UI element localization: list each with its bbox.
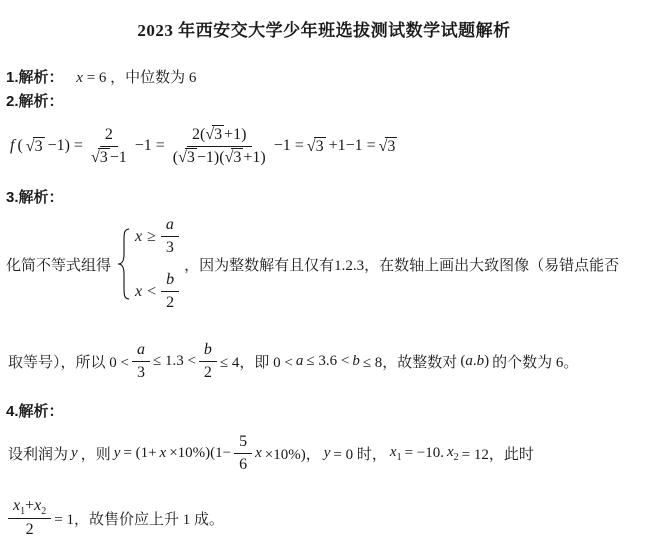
math-token: −1)( <box>197 149 225 166</box>
radical-sign: √ <box>91 149 98 166</box>
fraction: 2(√3+1) (√3−1)(√3+1) <box>168 125 271 168</box>
math-var-x: x <box>76 70 83 86</box>
text-segment: 取等号），所以 0 < <box>8 351 129 372</box>
fraction-denominator: √3−1 <box>86 147 132 168</box>
math-var-x: x <box>135 228 142 246</box>
math-var-x: x <box>447 444 454 460</box>
math-var-x: x <box>255 445 262 462</box>
radical-sign: √ <box>307 138 314 155</box>
fraction-numerator: 2 <box>100 125 118 147</box>
solution-1-line: 1.解析： x = 6 ，中位数为 6 <box>6 66 196 87</box>
radical-sign: √ <box>225 149 232 166</box>
math-token: −1) = <box>48 137 83 155</box>
paren: ) <box>484 353 489 369</box>
system-row-2: x < b2 <box>135 270 179 313</box>
math-var-y: y <box>324 445 331 462</box>
fraction: x1+x2 2 <box>8 496 51 540</box>
radicand: 3 <box>385 137 397 156</box>
radicand: 3 <box>33 137 45 156</box>
fraction-denominator: 6 <box>234 454 252 475</box>
math-token: ×10%)(1− <box>169 445 231 462</box>
radical: √3 <box>26 137 45 156</box>
fraction-denominator: 2 <box>21 519 39 540</box>
math-var-y: y <box>114 445 121 462</box>
fraction-numerator: a <box>161 215 179 237</box>
radical-sign: √ <box>205 126 212 143</box>
math-var-b: b <box>352 353 360 370</box>
left-brace <box>116 216 132 312</box>
fraction: b2 <box>199 340 217 383</box>
math-function-f: f <box>10 137 14 155</box>
radicand: 3 <box>212 125 224 144</box>
radical: √3 <box>205 125 224 145</box>
text-segment: 设利润为 <box>8 443 68 464</box>
system-row-1: x ≥ a3 <box>135 215 179 258</box>
lt-operator: < <box>147 283 156 301</box>
fraction-denominator: (√3−1)(√3+1) <box>168 147 271 168</box>
math-token: +1) <box>243 149 265 166</box>
fraction-numerator: a <box>132 340 150 362</box>
math-token: = 0 时， <box>333 443 386 464</box>
math-token: ≤ 4，即 0 < <box>220 351 293 372</box>
fraction-numerator: 5 <box>234 432 252 454</box>
fraction-numerator: b <box>161 270 179 292</box>
math-var-y: y <box>71 445 78 462</box>
solution-1-text: ，中位数为 6 <box>110 70 196 86</box>
math-var-x2: x2 <box>447 444 459 463</box>
pair-ab: (a.b) <box>460 353 489 370</box>
doc-title: 2023 年西安交大学少年班选拔测试数学试题解析 <box>0 16 648 41</box>
fraction: a3 <box>132 340 150 383</box>
radicand: 3 <box>185 148 197 167</box>
fraction: 56 <box>234 432 252 475</box>
math-var-x: x <box>135 283 142 301</box>
fraction-numerator: 2(√3+1) <box>187 125 251 147</box>
inequality-system: x ≥ a3 x < b2 <box>116 215 179 313</box>
fraction-denominator: 2 <box>161 292 179 313</box>
fraction-denominator: 3 <box>161 237 179 258</box>
plus-operator: + <box>25 497 34 514</box>
radicand: 3 <box>314 137 326 156</box>
text-segment: = 12，此时 <box>462 443 534 464</box>
math-var-b: b <box>477 353 485 369</box>
radical: √3 <box>178 148 197 168</box>
math-token: ≤ 3.6 < <box>306 353 349 370</box>
math-token: +1−1 = <box>329 137 376 155</box>
radicand: 3 <box>98 148 110 167</box>
math-token: −1 = <box>135 137 165 155</box>
math-token: 2( <box>192 126 205 143</box>
math-token: = −10. <box>405 445 444 462</box>
fraction: a3 <box>161 215 179 258</box>
subscript: 2 <box>454 452 459 463</box>
subscript: 1 <box>397 452 402 463</box>
solution-1-label: 1.解析： <box>6 69 64 86</box>
text-before-system: 化简不等式组得 <box>6 254 111 275</box>
text-after-system: ，因为整数解有且仅有1.2.3，在数轴上画出大致图像（易错点能否 <box>184 254 619 275</box>
solution-3-result-line: 取等号），所以 0 < a3 ≤ 1.3 < b2 ≤ 4，即 0 < a ≤ … <box>8 335 578 387</box>
math-token: ≤ 1.3 < <box>153 353 196 370</box>
ge-operator: ≥ <box>147 228 156 246</box>
text-segment: = 1，故售价应上升 1 成。 <box>54 508 224 529</box>
math-token: −1 = <box>274 137 304 155</box>
math-token: +1) <box>224 126 246 143</box>
document-page: 2023 年西安交大学少年班选拔测试数学试题解析 1.解析： x = 6 ，中位… <box>0 0 648 552</box>
solution-3-system-line: 化简不等式组得 x ≥ a3 x < b2 ，因为整数解有且仅有1.2.3，在数… <box>6 216 619 312</box>
math-var-x1: x1 <box>390 444 402 463</box>
solution-4-result-line: x1+x2 2 = 1，故售价应上升 1 成。 <box>8 491 224 545</box>
radical: √3 <box>91 148 110 168</box>
fraction-denominator: 3 <box>132 362 150 383</box>
radical-sign: √ <box>178 149 185 166</box>
solution-2-formula: f(√3 −1) = 2 √3−1 −1 = 2(√3+1) (√3−1)(√3… <box>10 112 397 180</box>
solution-3-line: 3.解析： <box>6 186 73 207</box>
math-eq: = 6 <box>87 70 107 86</box>
solution-2-label: 2.解析： <box>6 93 64 110</box>
math-var-x: x <box>160 445 167 462</box>
subscript: 2 <box>41 506 46 517</box>
fraction: b2 <box>161 270 179 313</box>
radical-sign: √ <box>26 138 33 155</box>
solution-4-label: 4.解析： <box>6 403 64 420</box>
radical: √3 <box>225 148 244 168</box>
solution-4-line: 4.解析： <box>6 400 73 421</box>
fraction: 2 √3−1 <box>86 125 132 168</box>
radical: √3 <box>307 137 326 156</box>
math-token: −1 <box>110 149 127 166</box>
math-var-x: x <box>390 444 397 460</box>
fraction-denominator: 2 <box>199 362 217 383</box>
radicand: 3 <box>231 148 243 167</box>
text-segment: 的个数为 6。 <box>492 351 578 372</box>
fraction-numerator: x1+x2 <box>8 496 51 519</box>
paren: ( <box>17 137 22 155</box>
system-rows: x ≥ a3 x < b2 <box>135 215 179 313</box>
radical-sign: √ <box>379 138 386 155</box>
fraction-numerator: b <box>199 340 217 362</box>
solution-3-label: 3.解析： <box>6 189 64 206</box>
text-segment: ，则 <box>81 443 111 464</box>
math-var-a: a <box>296 353 304 370</box>
text-segment: ≤ 8，故整数对 <box>363 351 457 372</box>
math-token: = (1+ <box>123 445 156 462</box>
solution-2-line: 2.解析： <box>6 90 73 111</box>
radical: √3 <box>379 137 398 156</box>
math-token: ×10%)， <box>265 443 321 464</box>
solution-4-formula-line: 设利润为 y ，则 y = (1+ x ×10%)(1− 56 x ×10%)，… <box>8 426 534 480</box>
math-var-a: a <box>465 353 473 369</box>
